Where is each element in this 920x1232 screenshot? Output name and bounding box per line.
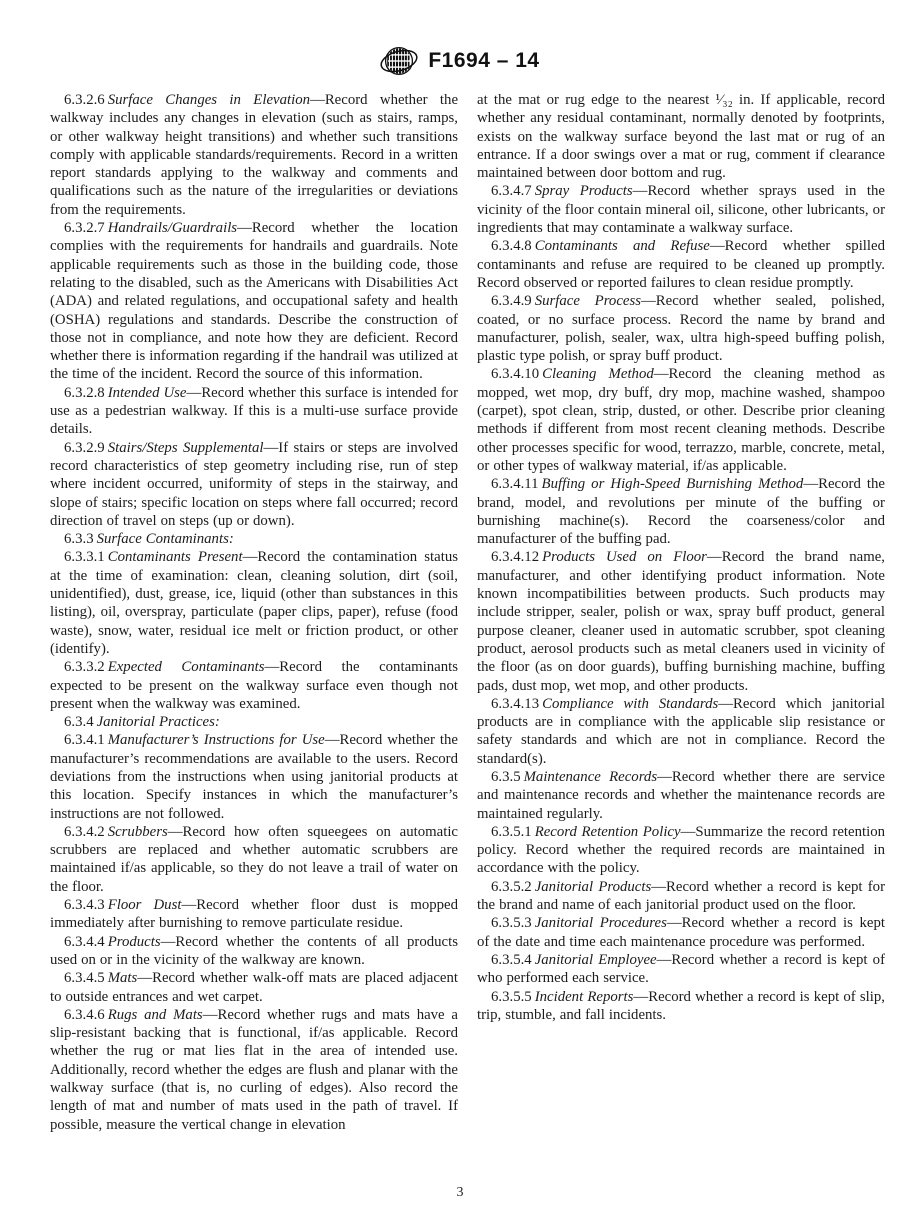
- section-title: Janitorial Practices:: [97, 714, 220, 730]
- section-title: Janitorial Products: [535, 879, 652, 895]
- paragraph-6.3.4.9: 6.3.4.9Surface Process—Record whether se…: [477, 292, 885, 365]
- paragraph-6.3.4.5: 6.3.4.5Mats—Record whether walk-off mats…: [50, 969, 458, 1006]
- page-header: F1694 – 14: [0, 44, 920, 78]
- section-number: 6.3.4.11: [491, 476, 542, 492]
- section-title: Intended Use: [108, 385, 187, 401]
- paragraph-6.3.4.3: 6.3.4.3Floor Dust—Record whether floor d…: [50, 896, 458, 933]
- section-title: Contaminants and Refuse: [535, 238, 710, 254]
- section-number: 6.3.5.4: [491, 952, 535, 968]
- section-title: Rugs and Mats: [108, 1007, 203, 1023]
- paragraph-6.3.2.9: 6.3.2.9Stairs/Steps Supplemental—If stai…: [50, 439, 458, 530]
- paragraph-6.3.2.7: 6.3.2.7Handrails/Guardrails—Record wheth…: [50, 219, 458, 384]
- section-number: 6.3.4.4: [64, 934, 108, 950]
- section-number: 6.3.4.12: [491, 549, 542, 565]
- paragraph-6.3.4.11: 6.3.4.11Buffing or High-Speed Burnishing…: [477, 475, 885, 548]
- section-title: Handrails/Guardrails: [108, 220, 237, 236]
- section-text: —Record whether rugs and mats have a sli…: [50, 1007, 458, 1133]
- section-title: Manufacturer’s Instructions for Use: [108, 732, 325, 748]
- section-number: 6.3.5: [491, 769, 524, 785]
- section-number: 6.3.5.2: [491, 879, 535, 895]
- section-number: 6.3.3.2: [64, 659, 108, 675]
- paragraph-6.3.2.8: 6.3.2.8Intended Use—Record whether this …: [50, 384, 458, 439]
- section-number: 6.3.4: [64, 714, 97, 730]
- section-text: at the mat or rug edge to the nearest ¹⁄…: [477, 92, 885, 181]
- section-number: 6.3.5.5: [491, 989, 535, 1005]
- section-number: 6.3.4.1: [64, 732, 108, 748]
- section-number: 6.3.2.6: [64, 92, 108, 108]
- paragraph-6.3.5: 6.3.5Maintenance Records—Record whether …: [477, 768, 885, 823]
- paragraph-6.3.4.2: 6.3.4.2Scrubbers—Record how often squeeg…: [50, 823, 458, 896]
- section-title: Janitorial Procedures: [535, 915, 667, 931]
- section-title: Compliance with Standards: [542, 696, 718, 712]
- paragraph-6.3.5.5: 6.3.5.5Incident Reports—Record whether a…: [477, 988, 885, 1025]
- text-columns: 6.3.2.6Surface Changes in Elevation—Reco…: [50, 91, 885, 1159]
- section-number: 6.3.5.1: [491, 824, 535, 840]
- paragraph-6.3.4.6: 6.3.4.6Rugs and Mats—Record whether rugs…: [50, 1006, 458, 1134]
- section-title: Buffing or High-Speed Burnishing Method: [542, 476, 804, 492]
- section-title: Floor Dust: [108, 897, 182, 913]
- paragraph-6.3.5.1: 6.3.5.1Record Retention Policy—Summarize…: [477, 823, 885, 878]
- section-title: Surface Changes in Elevation: [108, 92, 310, 108]
- section-number: 6.3.3: [64, 531, 97, 547]
- section-title: Record Retention Policy: [535, 824, 681, 840]
- section-number: 6.3.4.3: [64, 897, 108, 913]
- paragraph-6.3.5.4: 6.3.5.4Janitorial Employee—Record whethe…: [477, 951, 885, 988]
- paragraph-continuation: at the mat or rug edge to the nearest ¹⁄…: [477, 91, 885, 182]
- section-title: Incident Reports: [535, 989, 634, 1005]
- section-number: 6.3.4.9: [491, 293, 535, 309]
- paragraph-6.3.3: 6.3.3Surface Contaminants:: [50, 530, 458, 548]
- section-number: 6.3.4.8: [491, 238, 535, 254]
- paragraph-6.3.4.12: 6.3.4.12Products Used on Floor—Record th…: [477, 548, 885, 694]
- section-title: Stairs/Steps Supplemental: [108, 440, 264, 456]
- section-number: 6.3.4.5: [64, 970, 108, 986]
- paragraph-6.3.4: 6.3.4Janitorial Practices:: [50, 713, 458, 731]
- section-number: 6.3.2.8: [64, 385, 108, 401]
- paragraph-6.3.4.10: 6.3.4.10Cleaning Method—Record the clean…: [477, 365, 885, 475]
- section-text: —Record the brand name, manufacturer, an…: [477, 549, 885, 693]
- standard-designation: F1694 – 14: [428, 49, 539, 73]
- page-number: 3: [457, 1185, 464, 1200]
- section-number: 6.3.4.2: [64, 824, 108, 840]
- paragraph-6.3.3.2: 6.3.3.2Expected Contaminants—Record the …: [50, 658, 458, 713]
- astm-logo-icon: [380, 44, 418, 78]
- section-title: Maintenance Records: [524, 769, 657, 785]
- paragraph-6.3.5.3: 6.3.5.3Janitorial Procedures—Record whet…: [477, 914, 885, 951]
- section-title: Surface Contaminants:: [97, 531, 234, 547]
- document-page: F1694 – 14 6.3.2.6Surface Changes in Ele…: [0, 0, 920, 1232]
- paragraph-6.3.4.8: 6.3.4.8Contaminants and Refuse—Record wh…: [477, 237, 885, 292]
- paragraph-6.3.4.13: 6.3.4.13Compliance with Standards—Record…: [477, 695, 885, 768]
- section-title: Products Used on Floor: [542, 549, 707, 565]
- section-title: Scrubbers: [108, 824, 168, 840]
- section-title: Mats: [108, 970, 138, 986]
- section-title: Janitorial Employee: [535, 952, 657, 968]
- section-number: 6.3.2.7: [64, 220, 108, 236]
- paragraph-6.3.4.7: 6.3.4.7Spray Products—Record whether spr…: [477, 182, 885, 237]
- page-footer: 3: [0, 1185, 920, 1201]
- section-text: —Record whether the walkway includes any…: [50, 92, 458, 218]
- section-number: 6.3.5.3: [491, 915, 535, 931]
- section-number: 6.3.4.6: [64, 1007, 108, 1023]
- section-number: 6.3.4.10: [491, 366, 542, 382]
- section-title: Spray Products: [535, 183, 633, 199]
- section-number: 6.3.4.13: [491, 696, 542, 712]
- section-number: 6.3.2.9: [64, 440, 108, 456]
- section-text: —Record whether the location complies wi…: [50, 220, 458, 382]
- section-text: —Record the contamination status at the …: [50, 549, 458, 656]
- section-title: Products: [108, 934, 161, 950]
- paragraph-6.3.4.1: 6.3.4.1Manufacturer’s Instructions for U…: [50, 731, 458, 822]
- paragraph-6.3.5.2: 6.3.5.2Janitorial Products—Record whethe…: [477, 878, 885, 915]
- section-text: —Record the cleaning method as mopped, w…: [477, 366, 885, 473]
- paragraph-6.3.4.4: 6.3.4.4Products—Record whether the conte…: [50, 933, 458, 970]
- section-number: 6.3.4.7: [491, 183, 535, 199]
- section-title: Surface Process: [535, 293, 641, 309]
- section-number: 6.3.3.1: [64, 549, 108, 565]
- section-title: Cleaning Method: [542, 366, 654, 382]
- right-column: at the mat or rug edge to the nearest ¹⁄…: [477, 91, 885, 1159]
- left-column: 6.3.2.6Surface Changes in Elevation—Reco…: [50, 91, 458, 1159]
- section-title: Contaminants Present: [108, 549, 243, 565]
- section-title: Expected Contaminants: [108, 659, 265, 675]
- paragraph-6.3.2.6: 6.3.2.6Surface Changes in Elevation—Reco…: [50, 91, 458, 219]
- paragraph-6.3.3.1: 6.3.3.1Contaminants Present—Record the c…: [50, 548, 458, 658]
